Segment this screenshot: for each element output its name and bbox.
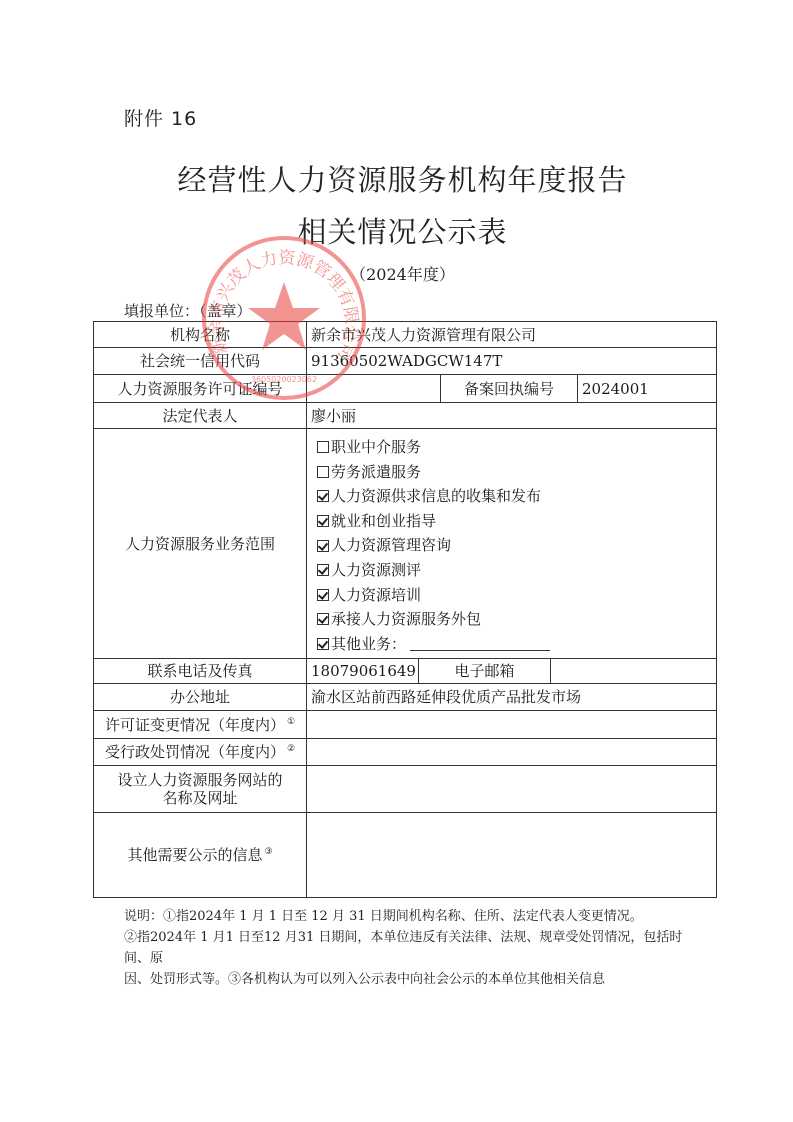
row-credit-code: 社会统一信用代码 91360502WADGCW147T <box>94 348 717 375</box>
filing-receipt-label: 备案回执编号 <box>441 375 578 403</box>
filing-receipt-value[interactable]: 2024001 <box>578 375 717 403</box>
report-year: （2024年度） <box>0 262 793 285</box>
document-subtitle: 相关情况公示表 <box>0 210 793 251</box>
note-line-3: 因、处罚形式等。③各机构认为可以列入公示表中向社会公示的本单位其他相关信息 <box>124 969 704 990</box>
checkbox-checked-icon[interactable] <box>317 515 329 527</box>
row-legal-rep: 法定代表人 廖小丽 <box>94 403 717 429</box>
penalty-label: 受行政处罚情况（年度内）② <box>94 739 307 766</box>
row-website: 设立人力资源服务网站的名称及网址 <box>94 766 717 813</box>
checkbox-unchecked-icon[interactable] <box>317 466 329 478</box>
row-org-name: 机构名称 新余市兴茂人力资源管理有限公司 <box>94 322 717 348</box>
phone-value[interactable]: 18079061649 <box>307 659 419 684</box>
note-line-1: 说明：①指2024年 1 月 1 日至 12 月 31 日期间机构名称、住所、法… <box>124 906 704 927</box>
service-option-hr-assessment[interactable]: 人力资源测评 <box>317 558 712 583</box>
service-option-supply-demand-info[interactable]: 人力资源供求信息的收集和发布 <box>317 484 712 509</box>
filler-unit-label: 填报单位：（盖章） <box>124 300 252 321</box>
legal-rep-value[interactable]: 廖小丽 <box>307 403 717 429</box>
credit-code-value[interactable]: 91360502WADGCW147T <box>307 348 717 375</box>
row-address: 办公地址 渝水区站前西路延伸段优质产品批发市场 <box>94 684 717 711</box>
other-business-input[interactable] <box>410 637 550 651</box>
license-change-label: 许可证变更情况（年度内）① <box>94 711 307 739</box>
service-option-job-agency[interactable]: 职业中介服务 <box>317 435 712 460</box>
service-option-label: 人力资源培训 <box>331 583 421 608</box>
service-option-label: 人力资源管理咨询 <box>331 533 451 558</box>
checkbox-checked-icon[interactable] <box>317 613 329 625</box>
email-value[interactable] <box>551 659 717 684</box>
document-title: 经营性人力资源服务机构年度报告 <box>0 158 793 199</box>
credit-code-label: 社会统一信用代码 <box>94 348 307 375</box>
note-line-2: ②指2024年 1 月1 日至12 月31 日期间，本单位违反有关法律、法规、规… <box>124 927 704 969</box>
license-change-value[interactable] <box>307 711 717 739</box>
license-number-value[interactable] <box>307 375 441 403</box>
checkbox-checked-icon[interactable] <box>317 638 329 650</box>
service-scope-options: 职业中介服务 劳务派遣服务 人力资源供求信息的收集和发布 就业和创业指导 人力资… <box>307 429 717 659</box>
service-option-hr-training[interactable]: 人力资源培训 <box>317 583 712 608</box>
website-value[interactable] <box>307 766 717 813</box>
other-info-label-text: 其他需要公示的信息 <box>127 846 262 864</box>
checkbox-unchecked-icon[interactable] <box>317 441 329 453</box>
row-contact: 联系电话及传真 18079061649 电子邮箱 <box>94 659 717 684</box>
disclosure-form-table: 机构名称 新余市兴茂人力资源管理有限公司 社会统一信用代码 91360502WA… <box>93 321 717 898</box>
service-option-label: 劳务派遣服务 <box>331 460 421 485</box>
website-label-line2: 名称及网址 <box>98 789 302 807</box>
service-option-other[interactable]: 其他业务： <box>317 632 712 657</box>
service-scope-label: 人力资源服务业务范围 <box>94 429 307 659</box>
service-option-label: 人力资源供求信息的收集和发布 <box>331 484 541 509</box>
checkbox-checked-icon[interactable] <box>317 490 329 502</box>
license-number-label: 人力资源服务许可证编号 <box>94 375 307 403</box>
service-option-label: 人力资源测评 <box>331 558 421 583</box>
website-label-line1: 设立人力资源服务网站的 <box>98 771 302 789</box>
email-label: 电子邮箱 <box>419 659 551 684</box>
penalty-value[interactable] <box>307 739 717 766</box>
legal-rep-label: 法定代表人 <box>94 403 307 429</box>
service-option-label: 其他业务： <box>331 632 406 657</box>
service-option-label: 就业和创业指导 <box>331 509 436 534</box>
checkbox-checked-icon[interactable] <box>317 564 329 576</box>
service-option-hr-outsourcing[interactable]: 承接人力资源服务外包 <box>317 607 712 632</box>
checkbox-checked-icon[interactable] <box>317 589 329 601</box>
service-option-labor-dispatch[interactable]: 劳务派遣服务 <box>317 460 712 485</box>
service-option-employment-guidance[interactable]: 就业和创业指导 <box>317 509 712 534</box>
explanatory-notes: 说明：①指2024年 1 月 1 日至 12 月 31 日期间机构名称、住所、法… <box>124 906 704 990</box>
service-option-label: 职业中介服务 <box>331 435 421 460</box>
org-name-value[interactable]: 新余市兴茂人力资源管理有限公司 <box>307 322 717 348</box>
row-service-scope: 人力资源服务业务范围 职业中介服务 劳务派遣服务 人力资源供求信息的收集和发布 … <box>94 429 717 659</box>
checkbox-checked-icon[interactable] <box>317 540 329 552</box>
row-other-info: 其他需要公示的信息③ <box>94 813 717 898</box>
footnote-marker: ③ <box>264 847 272 857</box>
row-license: 人力资源服务许可证编号 备案回执编号 2024001 <box>94 375 717 403</box>
row-license-change: 许可证变更情况（年度内）① <box>94 711 717 739</box>
org-name-label: 机构名称 <box>94 322 307 348</box>
contact-label: 联系电话及传真 <box>94 659 307 684</box>
row-penalty: 受行政处罚情况（年度内）② <box>94 739 717 766</box>
penalty-label-text: 受行政处罚情况（年度内） <box>105 743 285 761</box>
footnote-marker: ① <box>287 717 295 727</box>
attachment-number: 附件 16 <box>124 104 197 131</box>
service-option-hr-consulting[interactable]: 人力资源管理咨询 <box>317 533 712 558</box>
address-value[interactable]: 渝水区站前西路延伸段优质产品批发市场 <box>307 684 717 711</box>
other-info-label: 其他需要公示的信息③ <box>94 813 307 898</box>
footnote-marker: ② <box>287 744 295 754</box>
address-label: 办公地址 <box>94 684 307 711</box>
license-change-label-text: 许可证变更情况（年度内） <box>105 716 285 734</box>
service-option-label: 承接人力资源服务外包 <box>331 607 481 632</box>
website-label: 设立人力资源服务网站的名称及网址 <box>94 766 307 813</box>
other-info-value[interactable] <box>307 813 717 898</box>
